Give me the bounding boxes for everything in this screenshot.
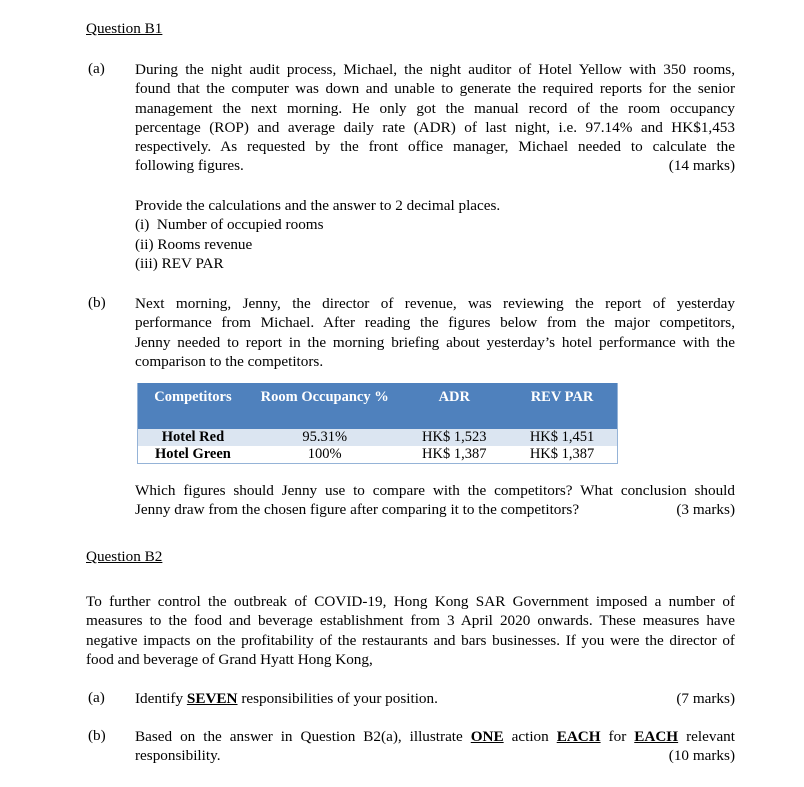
text-span: action [504, 728, 557, 745]
marks: (14 marks) [669, 156, 735, 175]
list-item: (iii) REV PAR [135, 254, 500, 273]
table-header-row: Competitors Room Occupancy % ADR REV PAR [138, 383, 618, 429]
b2-b-paragraph: Based on the answer in Question B2(a), i… [135, 727, 735, 766]
cell-competitor: Hotel Red [138, 429, 248, 446]
text-span: for [601, 728, 635, 745]
emphasis: EACH [557, 728, 601, 745]
text-span: responsibilities of your position. [238, 690, 438, 707]
text-line: To further control the outbreak of COVID… [86, 592, 735, 611]
text-line: found that the computer was down and una… [135, 79, 735, 98]
marks: (7 marks) [676, 689, 735, 708]
column-header: REV PAR [507, 383, 617, 429]
list-item: (i) Number of occupied rooms [135, 215, 500, 234]
b1-a-paragraph: During the night audit process, Michael,… [135, 60, 735, 176]
table-row: Hotel Red 95.31% HK$ 1,523 HK$ 1,451 [138, 429, 618, 446]
text-line: Which figures should Jenny use to compar… [135, 481, 735, 500]
column-header: Competitors [138, 383, 248, 429]
emphasis: SEVEN [187, 690, 238, 707]
cell-occupancy: 95.31% [248, 429, 402, 446]
list-item: (ii) Rooms revenue [135, 235, 500, 254]
text-line: following figures. [135, 156, 244, 175]
cell-revpar: HK$ 1,451 [507, 429, 617, 446]
cell-adr: HK$ 1,523 [401, 429, 507, 446]
text-line: negative impacts on the profitability of… [86, 631, 735, 650]
competitors-table: Competitors Room Occupancy % ADR REV PAR… [137, 383, 618, 464]
text-line: food and beverage of Grand Hyatt Hong Ko… [86, 650, 735, 669]
b2-a-paragraph: Identify SEVEN responsibilities of your … [135, 689, 735, 708]
table-row: Hotel Green 100% HK$ 1,387 HK$ 1,387 [138, 446, 618, 464]
cell-occupancy: 100% [248, 446, 402, 464]
text-line: performance from Michael. After reading … [135, 313, 735, 332]
column-header: ADR [401, 383, 507, 429]
cell-revpar: HK$ 1,387 [507, 446, 617, 464]
text-span: Identify [135, 690, 187, 707]
b1-b-label: (b) [88, 294, 106, 312]
emphasis: EACH [634, 728, 678, 745]
column-header: Room Occupancy % [248, 383, 402, 429]
text-line: percentage (ROP) and average daily rate … [135, 118, 735, 137]
question-b1-heading: Question B1 [86, 20, 162, 38]
text-line: Based on the answer in Question B2(a), i… [135, 727, 735, 746]
b2-intro: To further control the outbreak of COVID… [86, 592, 735, 669]
text-span: relevant [678, 728, 735, 745]
text-line: Jenny draw from the chosen figure after … [135, 500, 579, 519]
text-line: During the night audit process, Michael,… [135, 60, 735, 79]
b1-a-label: (a) [88, 60, 105, 78]
text-line: responsibility. [135, 746, 221, 765]
text-line: management the next morning. He only got… [135, 99, 735, 118]
text-line: Identify SEVEN responsibilities of your … [135, 689, 438, 708]
b1-a-instructions: Provide the calculations and the answer … [135, 196, 500, 273]
instruction: Provide the calculations and the answer … [135, 196, 500, 215]
emphasis: ONE [471, 728, 504, 745]
b2-a-label: (a) [88, 689, 105, 707]
text-line: measures to the food and beverage establ… [86, 611, 735, 630]
text-line: respectively. As requested by the front … [135, 137, 735, 156]
marks: (3 marks) [676, 500, 735, 519]
text-line: Next morning, Jenny, the director of rev… [135, 294, 735, 313]
text-line: Jenny needed to report in the morning br… [135, 333, 735, 352]
text-line: comparison to the competitors. [135, 352, 735, 371]
marks: (10 marks) [669, 746, 735, 765]
cell-adr: HK$ 1,387 [401, 446, 507, 464]
cell-competitor: Hotel Green [138, 446, 248, 464]
text-span: Based on the answer in Question B2(a), i… [135, 728, 471, 745]
b1-b-question: Which figures should Jenny use to compar… [135, 481, 735, 520]
b1-b-paragraph: Next morning, Jenny, the director of rev… [135, 294, 735, 371]
b2-b-label: (b) [88, 727, 106, 745]
question-b2-heading: Question B2 [86, 548, 162, 566]
